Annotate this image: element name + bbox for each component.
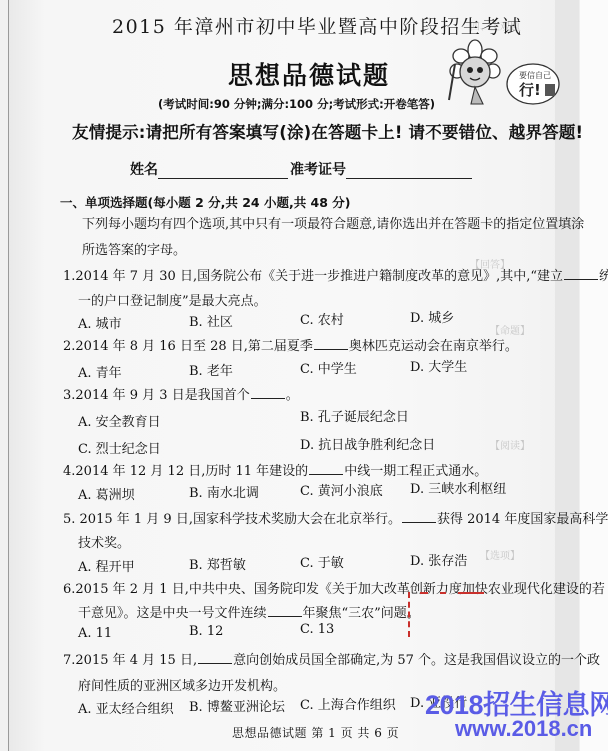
question-text: 4.2014 年 12 月 12 日,历时 11 年建设的 xyxy=(63,464,308,479)
question-text: 获得 2014 年度国家最高科学 xyxy=(437,512,608,527)
option-a: A. 青年 xyxy=(78,362,122,381)
question-2-stem: 2.2014 年 8 月 16 日至 28 日,第二届夏季奥林匹克运动会在南京举… xyxy=(63,335,518,354)
flower-mascot-icon: 要信自己 行! xyxy=(445,38,565,116)
question-text: 1.2014 年 7 月 30 日,国务院公布《关于进一步推进户籍制度改革的意见… xyxy=(63,269,563,284)
question-4-stem: 4.2014 年 12 月 12 日,历时 11 年建设的中线一期工程正式通水。 xyxy=(63,460,487,479)
bleed-through-text: 【选项】 xyxy=(480,547,520,562)
answer-blank xyxy=(314,337,348,350)
bleed-through-text: 【阅读】 xyxy=(490,437,530,452)
page-footer: 思想品德试题 第 1 页 共 6 页 xyxy=(232,724,399,741)
question-1-stem: 1.2014 年 7 月 30 日,国务院公布《关于进一步推进户籍制度改革的意见… xyxy=(63,265,608,284)
friendly-tip: 友情提示:请把所有答案填写(涂)在答题卡上! 请不要错位、越界答题! xyxy=(72,119,583,143)
question-7-stem: 7.2015 年 4 月 15 日,意向创始成员国全部确定,为 57 个。这是我… xyxy=(63,649,600,668)
option-d: D. 大学生 xyxy=(410,356,467,375)
candidate-info-row: 姓名准考证号 xyxy=(130,159,472,179)
red-marker-tick xyxy=(458,592,484,594)
answer-blank xyxy=(251,386,285,399)
option-a: A. 程开甲 xyxy=(78,556,135,575)
exam-title: 2015 年漳州市初中毕业暨高中阶段招生考试 xyxy=(112,12,522,39)
option-c: C. 烈士纪念日 xyxy=(78,438,161,457)
option-b: B. 南水北调 xyxy=(189,482,259,501)
red-marker-tick xyxy=(440,592,446,594)
option-a: A. 葛洲坝 xyxy=(78,484,135,503)
answer-blank xyxy=(268,604,302,617)
question-5-stem-cont: 技术奖。 xyxy=(78,532,130,551)
exam-info: (考试时间:90 分钟;满分:100 分;考试形式:开卷笔答) xyxy=(158,96,435,112)
option-a: A. 11 xyxy=(78,626,112,641)
question-7-stem-cont: 府间性质的亚洲区域多边开发机构。 xyxy=(78,675,286,694)
question-6-stem-cont: 干意见》。这是中央一号文件连续年聚焦“三农”问题。 xyxy=(78,602,420,621)
option-d: D. 张存浩 xyxy=(410,550,467,569)
answer-blank xyxy=(564,267,598,280)
red-marker-line xyxy=(408,592,412,637)
option-b: B. 老年 xyxy=(189,360,233,379)
exam-id-label: 准考证号 xyxy=(290,162,346,178)
question-text: 5. 2015 年 1 月 9 日,国家科学技术奖励大会在北京举行。 xyxy=(63,512,401,527)
red-marker-tick xyxy=(420,592,428,594)
option-b: B. 博鳌亚洲论坛 xyxy=(189,696,285,715)
option-c: C. 农村 xyxy=(300,309,344,328)
option-d: D. 城乡 xyxy=(410,307,454,326)
scan-edge-margin xyxy=(580,0,608,751)
section-instruction: 所选答案的字母。 xyxy=(82,239,186,258)
question-text: 奥林匹克运动会在南京举行。 xyxy=(349,339,518,354)
option-b: B. 孔子诞辰纪念日 xyxy=(300,406,409,425)
svg-text:要信自己: 要信自己 xyxy=(519,70,551,80)
option-d: D. 抗日战争胜利纪念日 xyxy=(300,434,435,453)
option-b: B. 社区 xyxy=(189,311,233,330)
option-a: A. 亚太经合组织 xyxy=(78,698,174,717)
question-3-stem: 3.2014 年 9 月 3 日是我国首个。 xyxy=(63,384,299,403)
question-text: 意向创始成员国全部确定,为 57 个。这是我国倡议设立的一个政 xyxy=(233,653,600,668)
answer-blank xyxy=(402,510,436,523)
question-text: 7.2015 年 4 月 15 日, xyxy=(63,653,197,668)
name-label: 姓名 xyxy=(130,162,158,178)
question-text: 干意见》。这是中央一号文件连续 xyxy=(78,606,267,621)
question-5-stem: 5. 2015 年 1 月 9 日,国家科学技术奖励大会在北京举行。获得 201… xyxy=(63,508,608,527)
answer-blank xyxy=(198,651,232,664)
option-a: A. 城市 xyxy=(78,313,122,332)
question-text: 统 xyxy=(599,269,608,284)
option-d: D. 三峡水利枢纽 xyxy=(410,478,506,497)
option-c: C. 13 xyxy=(300,622,334,637)
question-text: 。 xyxy=(286,388,299,403)
option-b: B. 郑哲敏 xyxy=(189,554,246,573)
question-text: 3.2014 年 9 月 3 日是我国首个 xyxy=(63,388,250,403)
exam-id-field[interactable] xyxy=(346,164,472,179)
answer-blank xyxy=(309,462,343,475)
option-c: C. 上海合作组织 xyxy=(300,694,396,713)
section-heading: 一、单项选择题(每小题 2 分,共 24 小题,共 48 分) xyxy=(60,193,351,211)
svg-text:行!: 行! xyxy=(519,81,541,99)
question-text: 年聚焦“三农”问题。 xyxy=(303,606,420,621)
option-c: C. 黄河小浪底 xyxy=(300,480,383,499)
option-c: C. 中学生 xyxy=(300,358,357,377)
section-instruction: 下列每小题均有四个选项,其中只有一项最符合题意,请你选出并在答题卡的指定位置填涂 xyxy=(82,213,584,232)
option-b: B. 12 xyxy=(189,624,223,639)
name-field[interactable] xyxy=(158,164,288,179)
question-text: 中线一期工程正式通水。 xyxy=(344,464,487,479)
watermark-url: www.2018.cn xyxy=(455,716,592,742)
question-text: 2.2014 年 8 月 16 日至 28 日,第二届夏季 xyxy=(63,339,313,354)
option-c: C. 于敏 xyxy=(300,552,344,571)
option-a: A. 安全教育日 xyxy=(78,411,161,430)
question-6-stem: 6.2015 年 2 月 1 日,中共中央、国务院印发《关于加大改革创新力度加快… xyxy=(63,578,605,597)
subject-title: 思想品德试题 xyxy=(228,56,390,92)
question-1-stem-cont: 一的户口登记制度”是最大亮点。 xyxy=(78,290,267,309)
